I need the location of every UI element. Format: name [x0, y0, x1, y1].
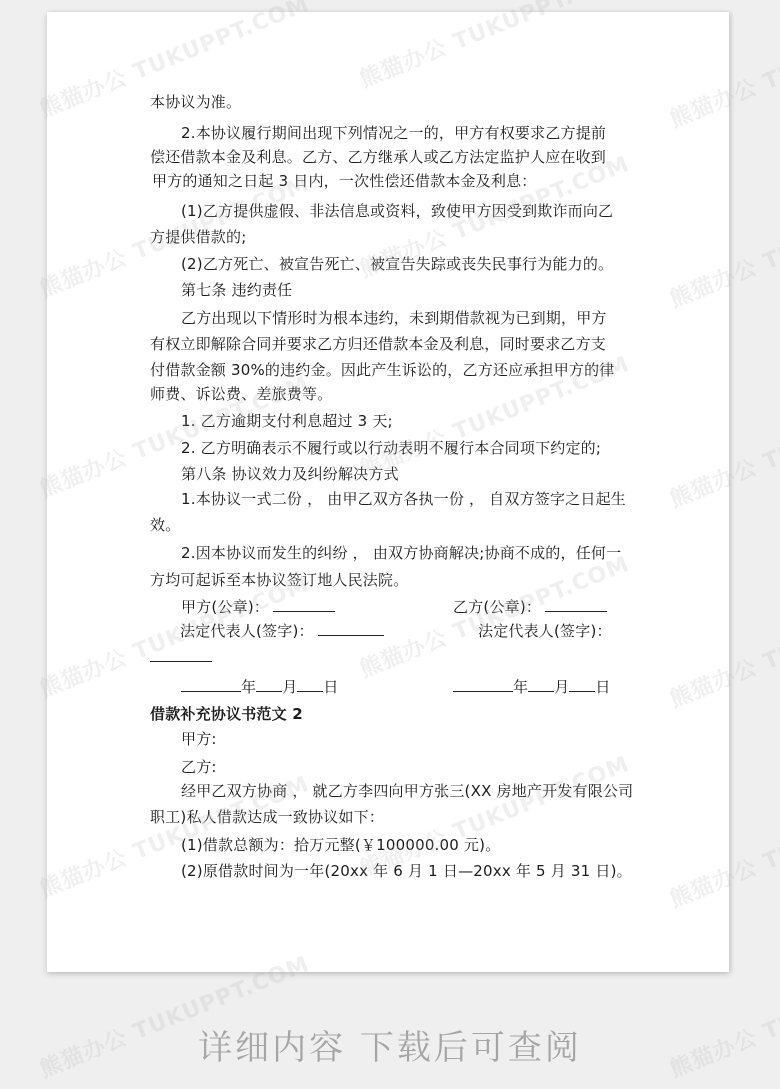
download-notice: 详细内容 下载后可查阅: [0, 1020, 780, 1069]
paragraph: (1)乙方提供虚假、非法信息或资料，致使甲方因受到欺诈而向乙: [181, 201, 613, 221]
month-label: 月: [282, 678, 297, 696]
day-label: 日: [323, 678, 338, 696]
day-blank: [297, 677, 323, 692]
list-item: (1)借款总额为：拾万元整(￥100000.00 元)。: [181, 835, 500, 855]
party-a-field: 甲方:: [181, 729, 217, 749]
paragraph: 甲方的通知之日起 3 日内，一次性偿还借款本金及利息：: [152, 171, 536, 191]
party-a-seal-blank: [273, 597, 335, 612]
paragraph: 职工)私人借款达成一致协议如下：: [150, 807, 384, 827]
month-label: 月: [554, 678, 569, 696]
year-label: 年: [241, 678, 256, 696]
party-b-field: 乙方:: [181, 757, 217, 777]
month-blank: [256, 677, 282, 692]
year-label: 年: [513, 678, 528, 696]
party-b-seal-label: 乙方(公章)：: [453, 598, 541, 616]
paragraph: 付借款金额 30%的违约金。因此产生诉讼的，乙方还应承担甲方的律: [150, 360, 615, 380]
paragraph: 有权立即解除合同并要求乙方归还借款本金及利息，同时要求乙方支: [150, 334, 606, 354]
rep-b-blank: [150, 647, 212, 662]
party-a-seal-row: 甲方(公章)：: [181, 597, 335, 617]
date-b-row: 年月日: [453, 677, 611, 697]
paragraph: 方均可起诉至本协议签订地人民法院。: [150, 570, 408, 590]
section-heading: 第八条 协议效力及纠纷解决方式: [181, 464, 399, 484]
day-label: 日: [595, 678, 610, 696]
paragraph: 2.本协议履行期间出现下列情况之一的，甲方有权要求乙方提前: [181, 123, 606, 143]
day-blank: [569, 677, 595, 692]
paragraph: 效。: [150, 515, 180, 535]
paragraph: (2)乙方死亡、被宣告死亡、被宣告失踪或丧失民事行为能力的。: [181, 254, 613, 274]
party-b-seal-blank: [545, 597, 607, 612]
year-blank: [453, 677, 513, 692]
section-heading: 第七条 违约责任: [181, 280, 292, 300]
paragraph: 1.本协议一式二份 ， 由甲乙双方各执一份 ， 自双方签字之日起生: [181, 489, 626, 509]
list-item: 1. 乙方逾期支付利息超过 3 天;: [181, 411, 393, 431]
paragraph: 师费、诉讼费、差旅费等。: [150, 384, 332, 404]
party-b-seal-row: 乙方(公章)：: [453, 597, 607, 617]
paragraph: 偿还借款本金及利息。乙方、乙方继承人或乙方法定监护人应在收到: [150, 147, 606, 167]
list-item: (2)原借款时间为一年(20xx 年 6 月 1 日—20xx 年 5 月 31…: [181, 861, 632, 881]
paragraph: 方提供借款的;: [150, 227, 246, 247]
paragraph: 2.因本协议而发生的纠纷 ， 由双方协商解决;协商不成的，任何一: [181, 543, 621, 563]
paragraph: 经甲乙双方协商 ， 就乙方李四向甲方张三(XX 房地产开发有限公司: [181, 781, 633, 801]
party-a-seal-label: 甲方(公章)：: [181, 598, 269, 616]
section-title: 借款补充协议书范文 2: [150, 704, 303, 724]
rep-a-label: 法定代表人(签字)：: [180, 622, 314, 640]
date-a-row: 年月日: [181, 677, 339, 697]
month-blank: [528, 677, 554, 692]
list-item: 2. 乙方明确表示不履行或以行动表明不履行本合同项下约定的;: [181, 438, 601, 458]
rep-a-row: 法定代表人(签字)：: [180, 621, 384, 641]
rep-b-label: 法定代表人(签字)：: [478, 621, 612, 641]
year-blank: [181, 677, 241, 692]
rep-a-blank: [318, 621, 384, 636]
paragraph: 乙方出现以下情形时为根本违约，未到期借款视为已到期，甲方: [181, 308, 607, 328]
paragraph: 本协议为准。: [150, 92, 241, 112]
rep-b-blank-row: [150, 647, 212, 667]
